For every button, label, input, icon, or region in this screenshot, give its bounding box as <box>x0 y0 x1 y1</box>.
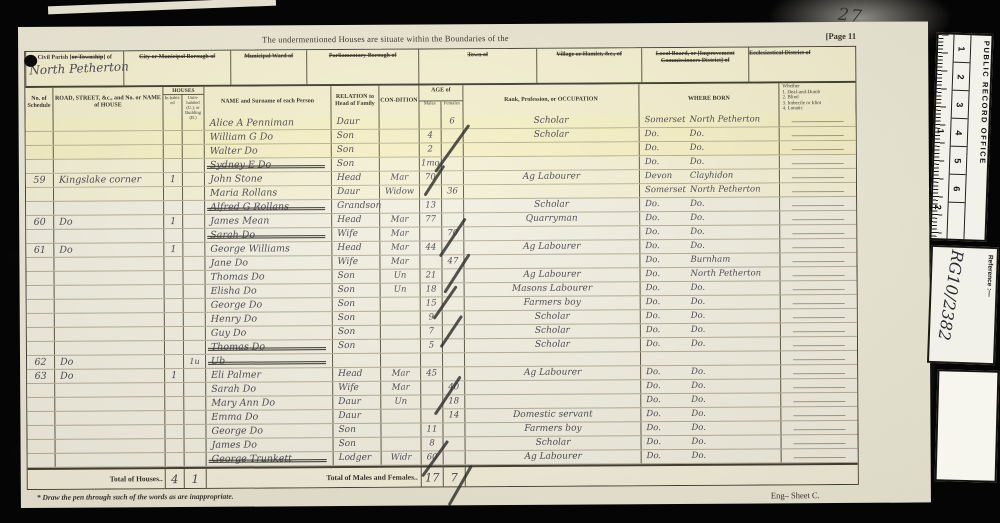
disability-cell <box>779 197 856 210</box>
age-male: 44 <box>419 241 441 254</box>
age-female <box>442 367 464 380</box>
relation-to-head: Grandson <box>331 200 379 213</box>
ruler-inch-number: 2 <box>933 205 943 210</box>
boundary-field: Local Board, or [Improvement Commissione… <box>641 48 748 83</box>
age-male: 7 <box>420 325 442 338</box>
form-title: The undermentioned Houses are situate wi… <box>262 33 509 45</box>
uninhabited-mark <box>183 299 205 312</box>
road-name <box>54 425 164 439</box>
condition <box>380 354 420 367</box>
schedule-number <box>27 398 54 411</box>
boundary-field-label: Local Board, or [Improvement Commissione… <box>642 48 748 66</box>
where-born: Do.Burnham <box>639 253 779 267</box>
where-born: Do.Do. <box>640 379 780 393</box>
disability-cell <box>780 365 857 378</box>
inhabited-mark <box>163 159 182 172</box>
occupation: Scholar <box>464 324 640 338</box>
relation-to-head: Head <box>331 214 379 227</box>
col-age-title: AGE of <box>419 85 462 100</box>
age-male <box>420 353 442 366</box>
person-name: Thomas Do <box>205 340 332 354</box>
road-name: Do <box>53 215 163 229</box>
age-male <box>420 381 442 394</box>
uninhabited-mark <box>183 397 205 410</box>
person-name: Sarah Do <box>205 382 332 396</box>
person-name: John Stone <box>204 172 331 186</box>
condition: Un <box>380 284 420 297</box>
condition: Widow <box>379 186 419 199</box>
census-form: The undermentioned Houses are situate wi… <box>18 21 931 508</box>
person-name: Mary Ann Do <box>205 396 332 410</box>
age-female <box>441 199 463 212</box>
road-name: Do <box>54 355 164 369</box>
inhabited-mark: 1 <box>163 215 182 228</box>
inhabited-mark <box>163 201 182 214</box>
condition <box>379 158 419 171</box>
uninhabited-mark <box>182 229 204 242</box>
person-name: Ub <box>205 354 332 368</box>
condition: Mar <box>379 172 419 185</box>
road-name <box>53 159 163 173</box>
person-name: Jane Do <box>204 256 331 270</box>
age-female: 6 <box>441 115 463 128</box>
schedule-number <box>26 202 53 215</box>
disability-cell <box>780 379 857 392</box>
disability-cell <box>781 435 858 448</box>
person-name: George Williams <box>204 242 331 256</box>
schedule-number <box>27 286 54 299</box>
inhabited-mark <box>164 355 183 368</box>
relation-to-head: Son <box>332 424 380 437</box>
schedule-number <box>27 342 54 355</box>
condition <box>379 200 419 213</box>
age-male <box>419 115 441 128</box>
condition: Mar <box>379 214 419 227</box>
relation-to-head: Daur <box>331 116 379 129</box>
relation-to-head: Wife <box>331 256 379 269</box>
schedule-number <box>26 188 53 201</box>
condition <box>380 340 420 353</box>
uninhabited-mark <box>183 341 205 354</box>
relation-to-head: Daur <box>332 410 380 423</box>
uninhabited-mark <box>182 271 204 284</box>
uninhabited-mark <box>183 411 205 424</box>
disability-cell <box>780 309 857 322</box>
uninhabited-mark <box>183 425 205 438</box>
occupation <box>463 156 639 170</box>
disability-cell <box>779 267 856 280</box>
disability-cell <box>779 113 856 126</box>
total-females: 7 <box>451 470 458 484</box>
col-houses: HOUSES In-habit-ed Unin-habited (U.), or… <box>162 87 203 117</box>
col-houses-title: HOUSES <box>163 87 203 95</box>
inhabited-mark <box>164 313 183 326</box>
age-male: 13 <box>419 199 441 212</box>
person-name: Guy Do <box>205 326 332 340</box>
road-name <box>54 285 164 299</box>
condition <box>379 144 419 157</box>
condition <box>380 326 420 339</box>
ruler-number-cell: 5 <box>950 147 967 176</box>
relation-to-head: Wife <box>331 228 379 241</box>
disability-cell <box>780 337 857 350</box>
uninhabited-mark <box>182 201 204 214</box>
page-edge <box>48 0 276 14</box>
inhabited-mark <box>164 285 183 298</box>
inhabited-mark <box>164 299 183 312</box>
footnote: * Draw the pen through such of the words… <box>37 492 234 502</box>
disability-cell <box>780 393 857 406</box>
occupation: Ag Labourer <box>464 366 640 380</box>
ruler-number-cell: 1 <box>954 35 971 64</box>
condition: Un <box>379 270 419 283</box>
inhabited-mark <box>164 341 183 354</box>
age-male <box>419 227 441 240</box>
col-schedule: No. of Schedule <box>25 88 52 118</box>
where-born: Do.Do. <box>640 295 780 309</box>
road-name <box>54 327 164 341</box>
relation-to-head: Son <box>332 340 380 353</box>
uninhabited-mark <box>182 131 204 144</box>
boundary-field-label: Ecclesiastical District of <box>749 47 810 57</box>
age-male: 11 <box>420 423 442 436</box>
occupation: Quarryman <box>463 212 639 226</box>
schedule-number <box>26 272 53 285</box>
inhabited-mark <box>163 257 182 270</box>
age-male: 45 <box>420 367 442 380</box>
condition <box>380 312 420 325</box>
boundary-field: Civil Parish [or Township] of North Peth… <box>25 51 123 86</box>
col-age: AGE of Males Females <box>418 85 462 115</box>
age-female: 36 <box>441 185 463 198</box>
photographed-census-page: 27 The undermentioned Houses are situate… <box>0 0 1000 523</box>
where-born: Do.Do. <box>639 127 779 141</box>
census-table: Civil Parish [or Township] of North Peth… <box>24 46 859 490</box>
uninhabited-mark <box>183 313 205 326</box>
total-males: 17 <box>425 470 440 484</box>
reference-card: Reference :— RG10/2382 <box>927 245 999 365</box>
disability-cell <box>779 211 856 224</box>
uninhabited-mark <box>182 187 204 200</box>
age-male <box>420 409 442 422</box>
boundary-field: Town of <box>418 49 536 84</box>
age-male <box>419 255 441 268</box>
road-name <box>54 299 164 313</box>
age-female <box>441 171 463 184</box>
occupation: Masons Labourer <box>464 282 640 296</box>
totals-row: Total of Houses.. 4 1 Total of Males and… <box>28 463 858 489</box>
inhabited-mark: 1 <box>163 173 182 186</box>
occupation: Scholar <box>463 114 639 128</box>
age-male: 5 <box>420 339 442 352</box>
inhabited-mark <box>164 425 183 438</box>
schedule-number <box>27 412 54 425</box>
disability-cell <box>779 169 856 182</box>
relation-to-head: Son <box>331 130 379 143</box>
where-born: Do.Do. <box>640 337 780 351</box>
person-name: Eli Palmer <box>205 368 332 382</box>
schedule-number <box>28 454 55 467</box>
where-born: Do.Do. <box>640 365 780 379</box>
where-born: Do.Do. <box>639 197 779 211</box>
where-born: Do.Do. <box>641 435 781 449</box>
where-born: SomersetNorth Petherton <box>639 113 779 127</box>
disability-cell <box>779 183 856 196</box>
where-born: Do.Do. <box>639 239 779 253</box>
person-name: Sarah Do <box>204 228 331 242</box>
col-disability: Whether 1. Deaf-and-Dumb 2. Blind 3. Imb… <box>778 83 855 113</box>
road-name <box>53 201 163 215</box>
relation-to-head: Lodger <box>333 452 381 465</box>
person-name: William G Do <box>204 130 331 144</box>
occupation: Ag Labourer <box>463 240 639 254</box>
total-houses-inhabited: 4 <box>171 472 178 486</box>
relation-to-head: Son <box>332 312 380 325</box>
schedule-number <box>28 440 55 453</box>
person-name: Maria Rollans <box>204 186 331 200</box>
occupation: Ag Labourer <box>463 268 639 282</box>
boundary-field-value: North Petherton <box>26 60 123 78</box>
col-occupation: Rank, Profession, or OCCUPATION <box>462 84 638 115</box>
disability-cell <box>779 155 856 168</box>
road-name <box>53 271 163 285</box>
where-born <box>640 351 780 365</box>
uninhabited-mark <box>183 383 205 396</box>
person-name: Alice A Penniman <box>204 116 331 130</box>
person-name: James Mean <box>204 214 331 228</box>
schedule-number <box>27 426 54 439</box>
copyright-stamp <box>935 369 1000 483</box>
relation-to-head: Son <box>333 438 381 451</box>
relation-to-head: Son <box>332 298 380 311</box>
total-males-females-label: Total of Males and Females.. <box>206 468 421 488</box>
person-name: James Do <box>206 438 333 452</box>
boundary-field: Ecclesiastical District of <box>748 47 811 81</box>
person-name: Alfred G Rollans <box>204 200 331 214</box>
relation-to-head: Son <box>331 158 379 171</box>
occupation: Scholar <box>464 310 640 324</box>
condition: Widr <box>381 452 421 465</box>
inhabited-mark <box>163 131 182 144</box>
occupation <box>463 142 639 156</box>
condition <box>379 130 419 143</box>
where-born: Do.Do. <box>640 393 780 407</box>
col-where-born: WHERE BORN <box>638 83 778 114</box>
disability-cell <box>779 127 856 140</box>
uninhabited-mark <box>184 453 206 466</box>
ink-blot <box>24 55 37 67</box>
road-name <box>53 187 163 201</box>
road-name <box>54 397 164 411</box>
uninhabited-mark <box>182 145 204 158</box>
person-name: Henry Do <box>205 312 332 326</box>
person-name: George Trunkett <box>206 452 333 466</box>
occupation: Domestic servant <box>464 408 640 422</box>
where-born: Do.Do. <box>640 323 780 337</box>
age-male: 21 <box>419 269 441 282</box>
uninhabited-mark <box>183 285 205 298</box>
relation-to-head: Head <box>332 368 380 381</box>
uninhabited-mark <box>183 327 205 340</box>
boundary-field-label: Parliamentary Borough of <box>307 50 418 61</box>
schedule-number <box>26 258 53 271</box>
inhabited-mark <box>163 145 182 158</box>
boundary-field-label: Municipal Ward of <box>231 50 306 60</box>
uninhabited-mark <box>182 173 204 186</box>
disability-cell <box>779 239 856 252</box>
condition: Mar <box>379 256 419 269</box>
schedule-number: 61 <box>26 244 53 257</box>
road-name <box>54 341 164 355</box>
where-born: Do.Do. <box>639 211 779 225</box>
boundary-field-label: City or Municipal Borough of <box>124 51 230 62</box>
where-born: Do.Do. <box>639 225 779 239</box>
col-females: Females <box>441 101 463 115</box>
inhabited-mark <box>164 327 183 340</box>
inhabited-mark <box>165 439 184 452</box>
person-name: Sydney E Do <box>204 158 331 172</box>
boundary-header-row: Civil Parish [or Township] of North Peth… <box>25 47 855 88</box>
copyright-line <box>940 373 943 477</box>
where-born: DevonClayhidon <box>639 169 779 183</box>
person-name: Thomas Do <box>204 270 331 284</box>
occupation <box>464 380 640 394</box>
road-name <box>53 229 163 243</box>
total-houses-uninhabited: 1 <box>192 471 199 485</box>
page-label: [Page 11 <box>826 31 857 41</box>
inhabited-mark: 1 <box>164 369 183 382</box>
relation-to-head: Head <box>331 242 379 255</box>
condition <box>379 116 419 129</box>
where-born: Do.Do. <box>640 407 780 421</box>
occupation <box>464 352 640 366</box>
col-males: Males <box>419 101 441 115</box>
where-born: Do.North Petherton <box>639 267 779 281</box>
road-name <box>54 383 164 397</box>
inhabited-mark <box>165 453 184 466</box>
disability-cell <box>780 407 857 420</box>
where-born: Do.Do. <box>641 449 781 463</box>
uninhabited-mark <box>184 439 206 452</box>
reference-label: Reference :— <box>985 255 993 297</box>
road-name <box>53 117 163 131</box>
inhabited-mark <box>163 229 182 242</box>
inhabited-mark <box>164 383 183 396</box>
road-name <box>54 313 164 327</box>
boundary-field: Parliamentary Borough of <box>306 50 418 85</box>
col-name: NAME and Surname of each Person <box>203 86 330 117</box>
road-name: Do <box>54 369 164 383</box>
disability-cell <box>779 225 856 238</box>
condition <box>381 438 421 451</box>
uninhabited-mark <box>182 257 204 270</box>
occupation: Scholar <box>463 198 639 212</box>
inhabited-mark <box>163 187 182 200</box>
schedule-number: 60 <box>26 216 53 229</box>
road-name <box>53 145 163 159</box>
condition: Un <box>380 396 420 409</box>
occupation: Farmers boy <box>464 296 640 310</box>
relation-to-head: Daur <box>331 186 379 199</box>
occupation <box>464 394 640 408</box>
disability-cell <box>781 449 858 462</box>
boundary-field: Village or Hamlet, &c., of <box>536 48 641 83</box>
where-born: Do.Do. <box>639 141 779 155</box>
schedule-number <box>27 328 54 341</box>
road-name <box>55 453 165 467</box>
occupation: Ag Labourer <box>463 170 639 184</box>
disability-cell <box>780 323 857 336</box>
age-male: 4 <box>419 129 441 142</box>
totals-empty <box>465 465 858 486</box>
occupation <box>463 184 639 198</box>
person-name: Walter Do <box>204 144 331 158</box>
schedule-number <box>26 160 53 173</box>
col-road: ROAD, STREET, &c., and No. or NAME of HO… <box>52 87 162 118</box>
ruler-number-cell: 2 <box>953 63 970 92</box>
condition: Mar <box>380 382 420 395</box>
occupation: Farmers boy <box>464 422 640 436</box>
disability-cell <box>779 253 856 266</box>
uninhabited-mark <box>182 215 204 228</box>
total-houses-label: Total of Houses.. <box>28 469 165 489</box>
schedule-number: 63 <box>27 370 54 383</box>
ruler-number-cell: 3 <box>952 91 969 120</box>
schedule-number: 62 <box>27 356 54 369</box>
schedule-number <box>27 300 54 313</box>
where-born: Do.Do. <box>639 155 779 169</box>
disability-cell <box>779 141 856 154</box>
ruler-number-cell: 4 <box>951 119 968 148</box>
copyright-line <box>940 373 943 477</box>
inhabited-mark <box>163 117 182 130</box>
boundary-field-label: Town of <box>419 49 536 60</box>
road-name <box>53 257 163 271</box>
col-relation: RELATION to Head of Family <box>330 86 378 116</box>
relation-to-head <box>332 354 380 367</box>
disability-cell <box>780 295 857 308</box>
condition: Mar <box>380 368 420 381</box>
age-male: 2 <box>419 143 441 156</box>
age-female <box>443 451 465 464</box>
road-name: Kingslake corner <box>53 173 163 187</box>
relation-to-head: Head <box>331 172 379 185</box>
schedule-number: 59 <box>26 174 53 187</box>
schedule-number <box>26 118 53 131</box>
road-name <box>53 131 163 145</box>
occupation <box>463 226 639 240</box>
sheet-label: Eng– Sheet C. <box>771 490 820 500</box>
disability-cell <box>780 351 857 364</box>
relation-to-head: Wife <box>332 382 380 395</box>
condition: Mar <box>379 228 419 241</box>
uninhabited-mark <box>182 117 204 130</box>
relation-to-head: Son <box>331 270 379 283</box>
ruler: 1 2 1 2 3 4 5 6 PUBLIC RECORD OFFICE <box>929 32 993 242</box>
person-name: George Do <box>205 424 332 438</box>
boundary-field-label: Village or Hamlet, &c., of <box>537 48 641 59</box>
condition <box>380 424 420 437</box>
age-female <box>442 423 464 436</box>
where-born: Do.Do. <box>640 421 780 435</box>
person-name: George Do <box>205 298 332 312</box>
where-born: SomersetNorth Petherton <box>639 183 779 197</box>
occupation: Scholar <box>464 338 640 352</box>
age-female <box>442 353 464 366</box>
ruler-inch-number: 1 <box>936 129 946 134</box>
where-born: Do.Do. <box>640 281 780 295</box>
reference-number: RG10/2382 <box>934 249 967 342</box>
